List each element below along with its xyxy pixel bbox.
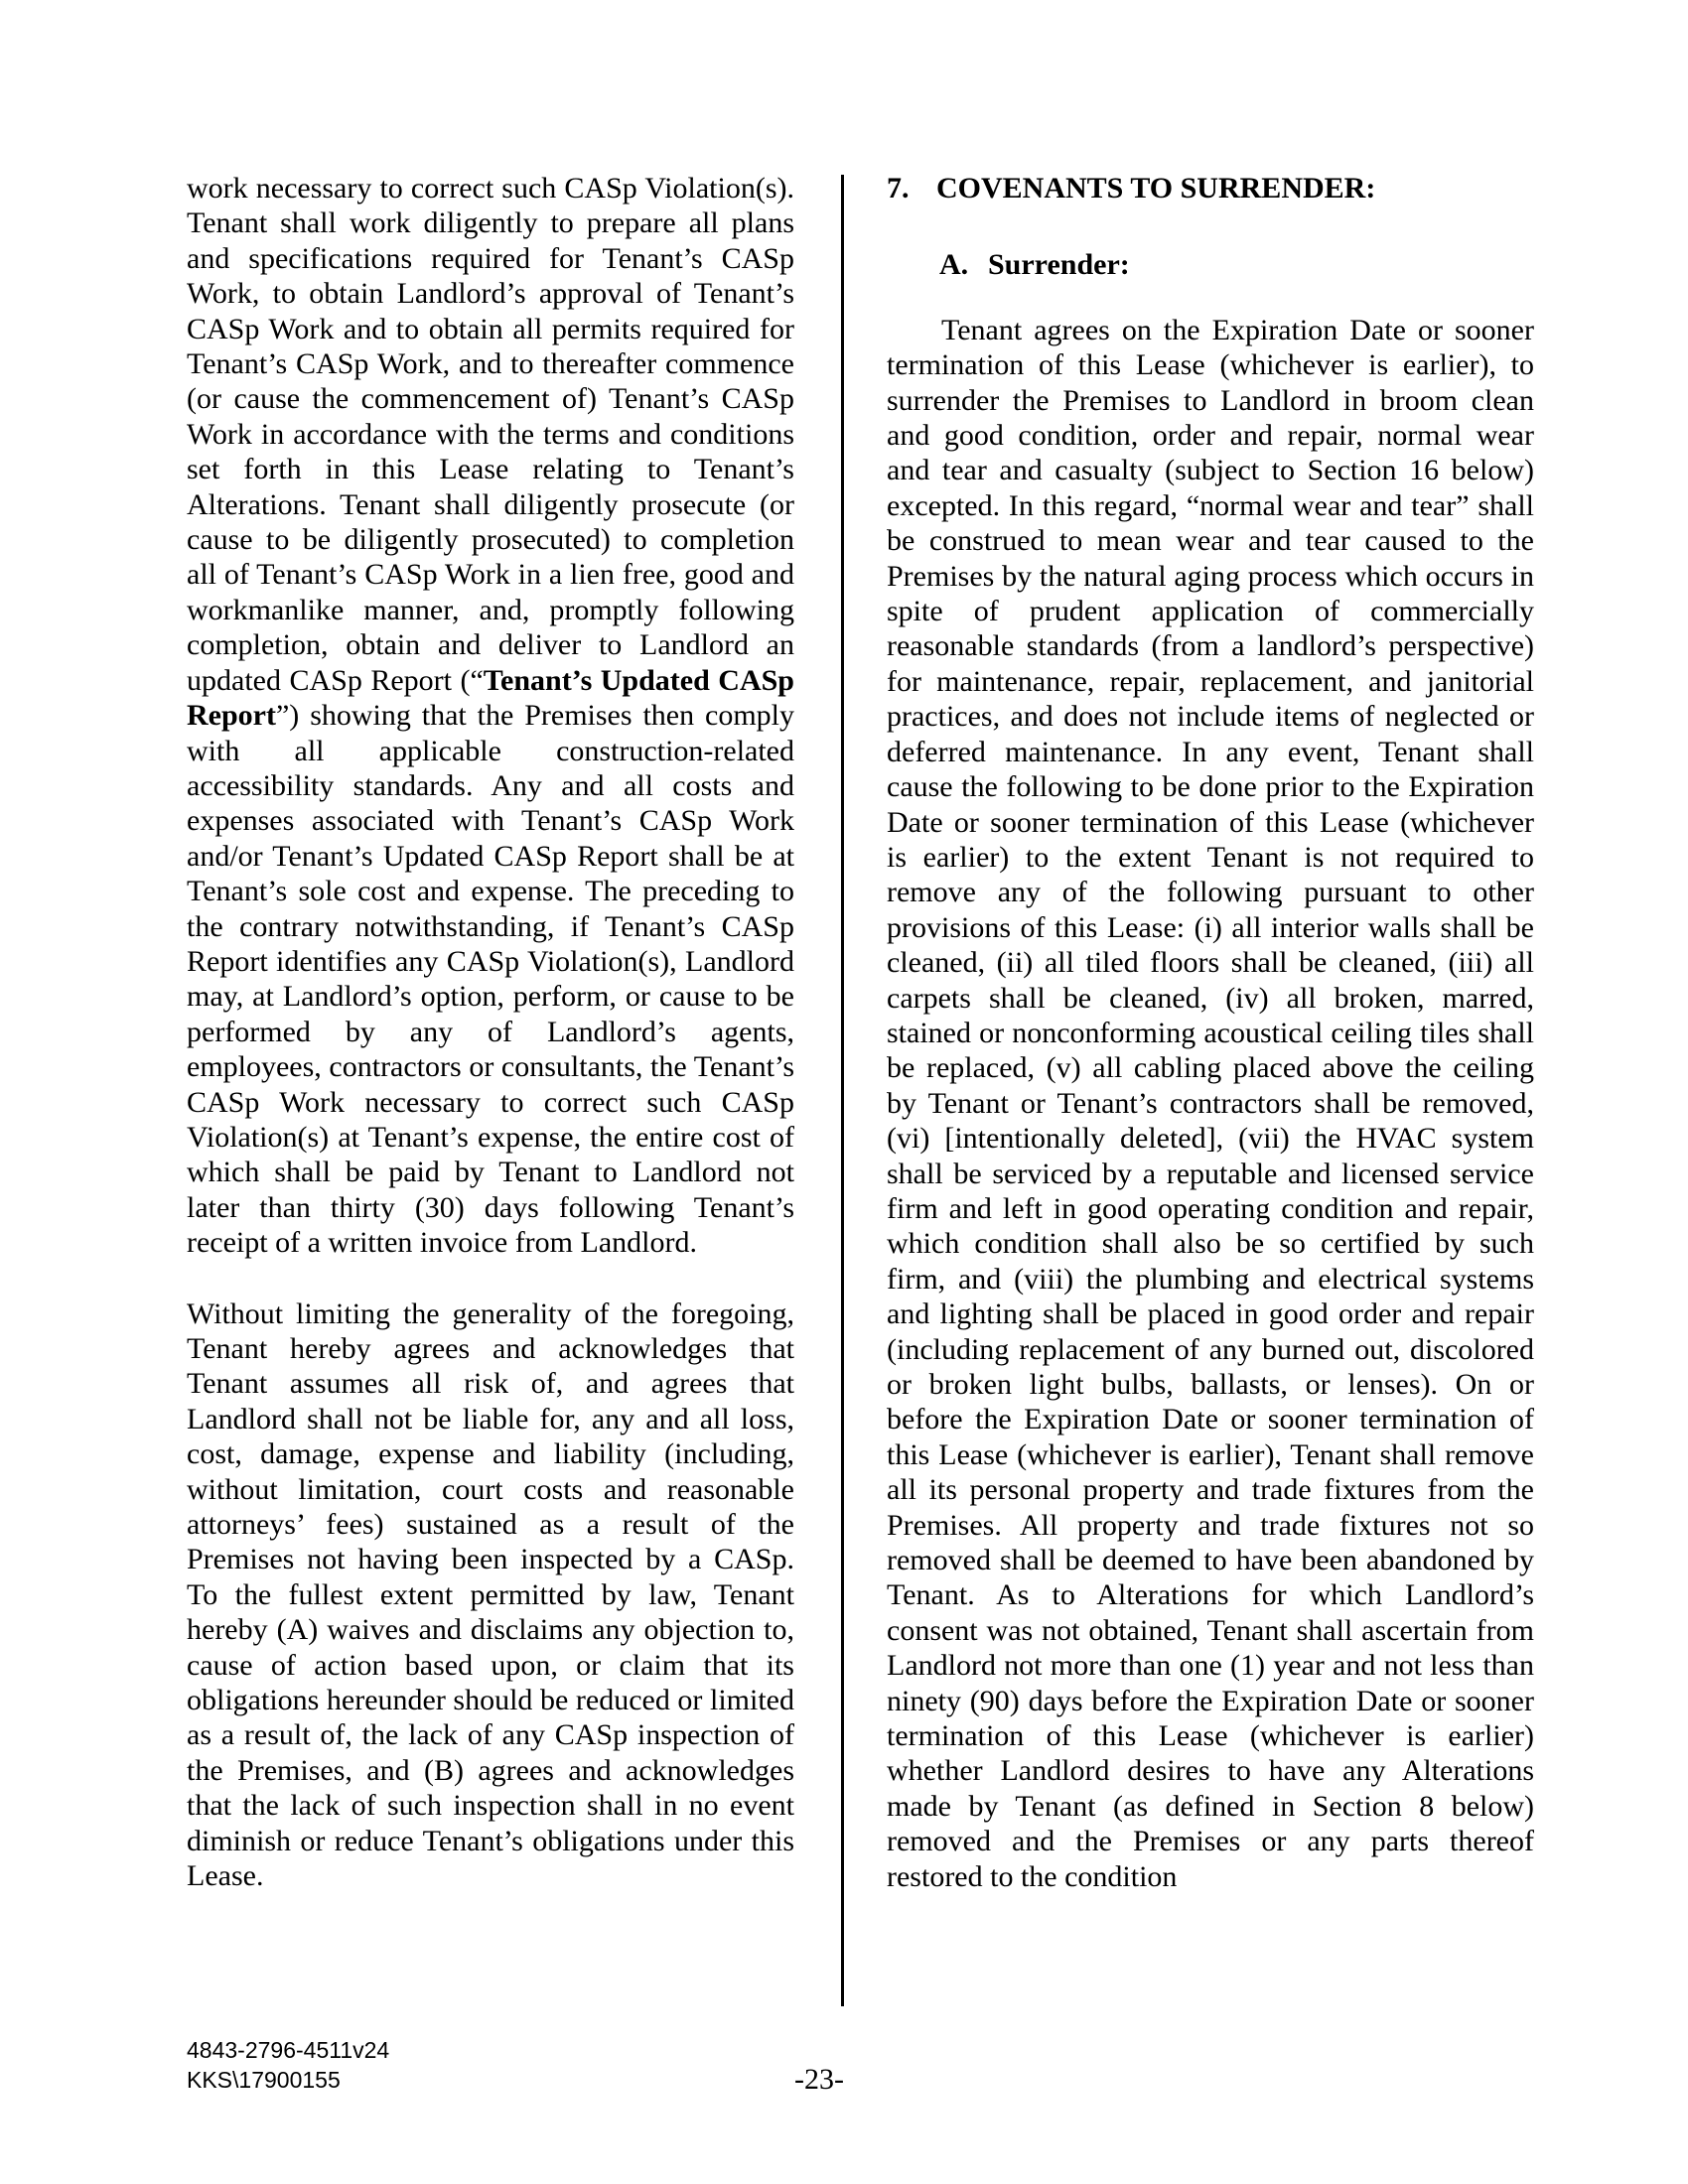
left-paragraph-1: work necessary to correct such CASp Viol…: [187, 171, 794, 1261]
right-column: 7.COVENANTS TO SURRENDER: A.Surrender: T…: [887, 171, 1534, 1894]
section-heading: 7.COVENANTS TO SURRENDER:: [887, 171, 1534, 205]
paragraph-text: work necessary to correct such CASp Viol…: [187, 172, 794, 697]
document-page: work necessary to correct such CASp Viol…: [0, 0, 1688, 2184]
surrender-paragraph: Tenant agrees on the Expiration Date or …: [887, 313, 1534, 1894]
page-number: -23-: [695, 2063, 943, 2097]
section-number: 7.: [887, 171, 936, 205]
doc-id-line-1: 4843-2796-4511v24: [187, 2035, 389, 2065]
left-paragraph-2: Without limiting the generality of the f…: [187, 1297, 794, 1894]
subsection-letter: A.: [939, 247, 988, 282]
section-title: COVENANTS TO SURRENDER:: [936, 172, 1375, 205]
paragraph-text: ”) showing that the Premises then comply…: [187, 699, 794, 1259]
footer-doc-id: 4843-2796-4511v24 KKS\17900155: [187, 2035, 389, 2095]
subsection-title: Surrender:: [988, 248, 1130, 281]
column-divider: [841, 175, 844, 2006]
subsection-heading: A.Surrender:: [939, 247, 1534, 282]
left-column: work necessary to correct such CASp Viol…: [187, 171, 794, 1894]
doc-id-line-2: KKS\17900155: [187, 2065, 389, 2095]
